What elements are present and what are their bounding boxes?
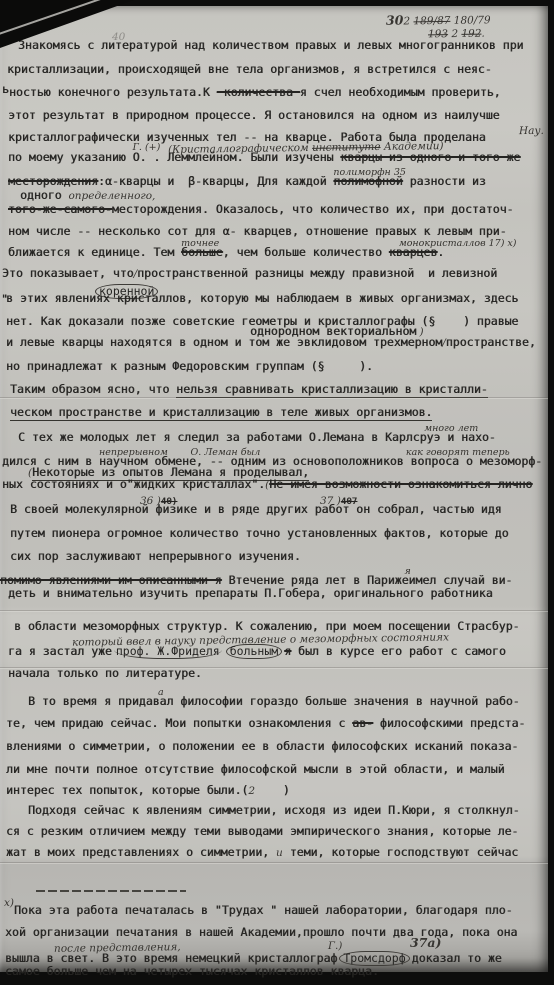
text-line: того-же-самого-месторождения. Оказалось,…	[8, 201, 513, 216]
handwritten-note: я	[405, 566, 411, 577]
typed-text: нахо-много лет	[454, 430, 496, 444]
typed-text: того-же-самого-	[8, 202, 112, 216]
text-line: ся с резким отличием между теми выводами…	[6, 823, 518, 838]
typed-text: сих пор заслуживают непрерывного изучени…	[10, 549, 301, 563]
typed-text: )	[255, 783, 290, 797]
handwritten-note: О. Леман был	[191, 447, 261, 458]
text-line: влениями о симметрии, о положении ее в о…	[6, 738, 518, 753]
handwritten-note: а	[158, 687, 164, 698]
footnote-ref: 37а)	[410, 935, 441, 949]
handwritten-text: х)	[4, 897, 14, 909]
typed-text: О. . Леммлейном.Г. (+)	[133, 150, 244, 164]
typed-text: жат в моих представлениях о симметрии,	[6, 845, 276, 859]
typed-text: ли мне почти полное отсутствие философск…	[6, 762, 505, 776]
typed-text: месторождения. Оказалось, что количество…	[112, 202, 514, 216]
handwritten-text: 30	[386, 12, 404, 27]
handwritten-text: и	[276, 847, 283, 859]
typed-text: я счел необходимым проверить,	[300, 85, 501, 99]
typed-text: философскими предста-	[373, 716, 525, 730]
text-line: сих пор заслуживают непрерывного изучени…	[10, 548, 301, 563]
typed-text: путем пионера огромное количество точно …	[10, 526, 509, 540]
typed-text: начала только по литературе.	[8, 666, 202, 680]
typed-text: и левые кварцы находятся в одном и том ж…	[6, 335, 442, 349]
text-line: жат в моих представлениях о симметрии, и…	[6, 844, 518, 860]
typed-text: в этих явлениях кристаллов, которую мы н…	[6, 291, 518, 305]
typed-text: пространстве,	[446, 335, 536, 349]
text-line: ном числе -- несколько сот для α- кварце…	[8, 223, 507, 238]
text-line: Таким образом ясно, что нельзя сравниват…	[10, 381, 488, 396]
typed-text: философии гораздо больше значения в науч…	[173, 694, 519, 708]
crease-line	[0, 667, 548, 668]
typed-text: больным	[226, 644, 282, 659]
handwritten-note: много лет	[424, 423, 478, 434]
typed-text: пространственной разницы между правизной…	[137, 266, 497, 280]
footnote-marker: х)	[4, 894, 14, 910]
typed-text: Пока эта работа печаталась в "Трудах " н…	[14, 903, 513, 917]
typed-text: .	[437, 245, 444, 259]
text-line: Пока эта работа печаталась в "Трудах " н…	[14, 902, 513, 917]
handwritten-text: Нау.	[519, 125, 544, 137]
typed-text: деть и внимательно изучить препараты П.Г…	[8, 586, 493, 600]
typed-text: Не имея возможности ознакомиться лично	[269, 477, 532, 491]
handwritten-insertion: Нау.	[519, 122, 544, 138]
text-line: С тех же молодых лет я следил за работам…	[18, 429, 496, 444]
crease-line	[0, 610, 548, 611]
typed-text: В своей молекулярной физике и в ряде дру…	[10, 502, 502, 516]
typed-text: ных состояниях и о"жидких кристаллах".	[2, 477, 265, 491]
text-line: этот результат в природном процессе. Я о…	[8, 107, 500, 122]
typed-text: В то время я придавала	[28, 694, 173, 708]
handwritten-note: монокристаллов 17) х)	[399, 238, 517, 249]
text-line: га я застал ужепроф. Ж.Фриделябольнымя б…	[8, 643, 506, 659]
crease-line	[0, 397, 548, 398]
typed-text: кварцевмонокристаллов 17) х)	[389, 245, 437, 259]
typed-text: га я застал уже	[8, 644, 112, 658]
footnote-separator	[36, 890, 186, 892]
handwritten-note: как говорят теперь	[406, 447, 510, 458]
typed-text: :α-кварцы и β-кварцы, Для каждой	[98, 174, 333, 188]
text-line: в этих явлениях кристаллов, которую мы н…	[6, 290, 518, 305]
handwritten-text: 37а)	[410, 935, 441, 950]
handwritten-text: 2	[248, 785, 255, 797]
text-line: Подходя сейчас к явлениям симметрии, исх…	[28, 802, 520, 817]
typed-text: доказал то же	[412, 951, 502, 965]
typed-text: теми, которые господствуют сейчас	[283, 845, 518, 859]
typed-text: полимофнойполиморфн 35	[333, 174, 402, 188]
typed-text: ностью конечного результата.К	[9, 85, 217, 99]
text-line: месторождения:α-кварцы и β-кварцы, Для к…	[8, 173, 486, 188]
margin-mark: ь	[2, 81, 9, 96]
text-line: по моему указанию О. . Леммлейном.Г. (+)…	[8, 149, 520, 164]
typed-text: большеточнее	[181, 245, 223, 259]
typed-text: Это показывает, что	[2, 266, 134, 280]
text-line: кристаллизации, происходящей вне тела ор…	[7, 61, 492, 76]
handwritten-note: непрерывном	[99, 447, 168, 458]
handwritten-note: полиморфн 35	[333, 167, 405, 178]
text-line: ближается к единице. Тем большеточнее, ч…	[8, 244, 444, 259]
text-line: путем пионера огромное количество точно …	[10, 525, 509, 540]
scanned-typescript-photo: 302 189/87 180/79193 2 192.40Знакомясь с…	[0, 0, 554, 985]
typed-text: по моему указанию	[8, 150, 133, 164]
typed-text: —количества—	[217, 85, 300, 99]
text-line: ных состояниях и о"жидких кристаллах".(Н…	[2, 476, 532, 492]
text-line: В то время я придавала философии гораздо…	[28, 693, 520, 708]
typescript-page: 302 189/87 180/79193 2 192.40Знакомясь с…	[0, 6, 548, 972]
typed-text: те, чем придаю сейчас. Мои попытки ознак…	[6, 716, 352, 730]
typed-text: , чем больше количество	[223, 245, 389, 259]
typed-text: ближается к единице. Тем	[8, 245, 181, 259]
typed-text: влениями о симметрии, о положении ее в о…	[6, 739, 518, 753]
handwritten-note: Г. (+)	[133, 142, 161, 153]
text-line: интерес тех попыток, которые были.(2 )	[6, 782, 290, 798]
text-line: деть и внимательно изучить препараты П.Г…	[8, 585, 493, 600]
typed-text: но принадлежат к разным Федоровским груп…	[6, 359, 373, 373]
handwritten-note: точнее	[181, 238, 219, 249]
typed-text: месторождения	[8, 174, 98, 188]
typed-text: проф. Ж.Фриделя	[114, 645, 222, 659]
typed-text: ь	[2, 82, 9, 96]
typed-text: этот результат в природном процессе. Я о…	[8, 108, 500, 122]
typed-text: кварцы из одного и того же	[340, 150, 520, 164]
typed-text: Были изучены	[243, 150, 340, 164]
text-line: Знакомясь с литературой над количеством …	[18, 37, 523, 52]
text-line: ческом пространстве и кристаллизацию в т…	[10, 404, 432, 419]
text-line: те, чем придаю сейчас. Мои попытки ознак…	[6, 715, 525, 730]
typed-text: ческом пространстве и кристаллизацию в т…	[10, 405, 432, 421]
text-line: ностью конечного результата.К —количеств…	[9, 84, 501, 99]
typed-text: нельзя сравнивать кристаллизацию в крист…	[176, 382, 488, 398]
typed-text: С тех же молодых лет я следил за работам…	[18, 430, 454, 444]
typed-text: интерес тех попыток, которые были.(	[6, 783, 248, 797]
crease-line	[0, 862, 548, 863]
typed-text: был в курсе его работ с самого	[291, 644, 506, 658]
typed-text: Знакомясь с литературой над количеством …	[18, 38, 523, 52]
typed-text: Таким образом ясно, что	[10, 382, 176, 396]
text-line: но принадлежат к разным Федоровским груп…	[6, 358, 373, 373]
typed-text: о мезоморф-как говорят теперь	[466, 454, 542, 468]
text-line: Это показывает, что∕пространственной раз…	[2, 265, 497, 281]
typed-text: самое больше чем на четырех тысячах крис…	[5, 964, 379, 978]
typed-text: Подходя сейчас к явлениям симметрии, исх…	[28, 803, 520, 817]
typed-text: кристаллизации, происходящей вне тела ор…	[7, 62, 492, 76]
typed-text: ав-	[352, 716, 373, 730]
text-line: ли мне почти полное отсутствие философск…	[6, 761, 505, 776]
text-line: В своей молекулярной физике и в ряде дру…	[10, 501, 502, 516]
typed-text: одного	[20, 188, 68, 202]
text-line: самое больше чем на четырех тысячах крис…	[5, 963, 379, 978]
typed-text: ся с резким отличием между теми выводами…	[6, 824, 518, 838]
typed-text: ном числе -- несколько сот для α- кварце…	[8, 224, 507, 238]
typed-text: разности из	[403, 174, 486, 188]
text-line: и левые кварцы находятся в одном и том ж…	[6, 334, 536, 350]
